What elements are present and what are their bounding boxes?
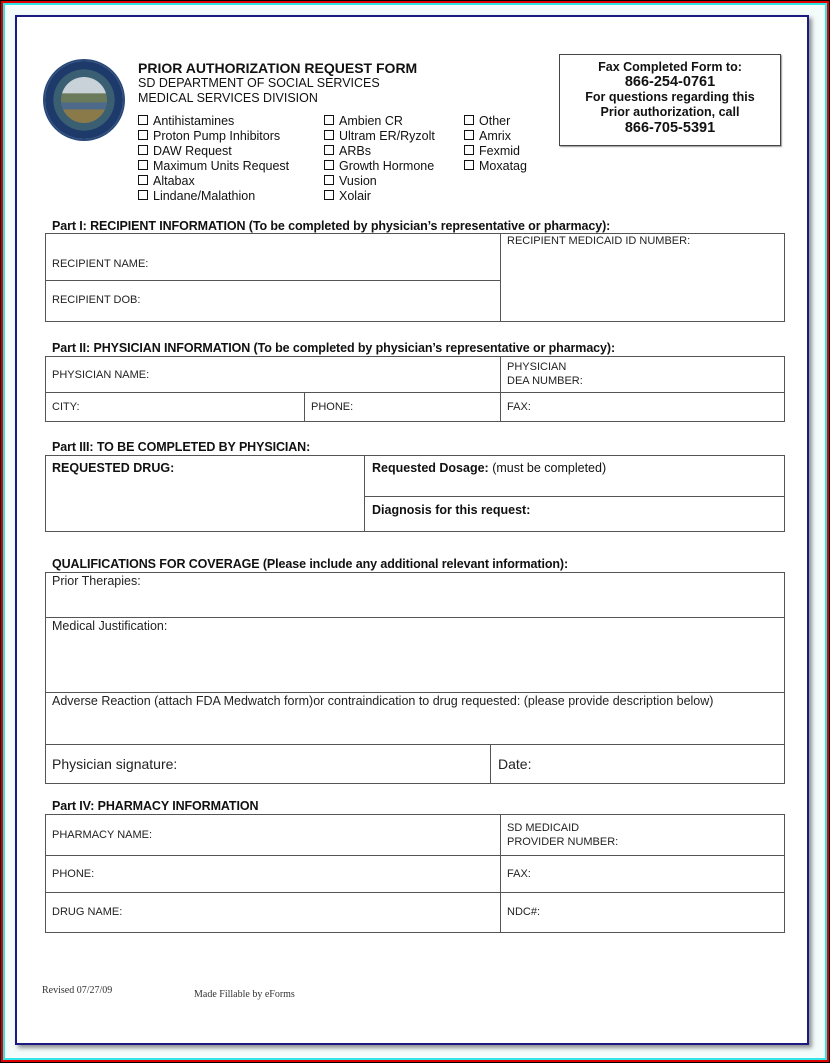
physician-signature-field[interactable]: Physician signature:: [45, 744, 491, 784]
physician-phone-label: PHONE:: [311, 401, 353, 413]
pharmacy-name-label: PHARMACY NAME:: [52, 829, 152, 841]
checkbox-column-1: Antihistamines Proton Pump Inhibitors DA…: [138, 114, 289, 204]
checkbox-growth-hormone[interactable]: Growth Hormone: [324, 159, 435, 174]
checkbox-column-3: Other Amrix Fexmid Moxatag: [464, 114, 527, 174]
pharmacy-fax-field[interactable]: FAX:: [500, 855, 785, 893]
provider-label-line2: PROVIDER NUMBER:: [507, 836, 618, 848]
requested-drug-label: REQUESTED DRUG:: [52, 461, 174, 475]
checkbox-moxatag[interactable]: Moxatag: [464, 159, 527, 174]
physician-name-field[interactable]: PHYSICIAN NAME:: [45, 356, 501, 393]
checkbox-amrix[interactable]: Amrix: [464, 129, 527, 144]
adverse-reaction-label: Adverse Reaction (attach FDA Medwatch fo…: [52, 694, 713, 708]
requested-drug-field[interactable]: REQUESTED DRUG:: [45, 455, 365, 532]
checkbox-daw-request[interactable]: DAW Request: [138, 144, 289, 159]
dea-label-line2: DEA NUMBER:: [507, 375, 583, 387]
checkbox-icon[interactable]: [138, 145, 148, 155]
part2-heading: Part II: PHYSICIAN INFORMATION (To be co…: [52, 341, 615, 355]
checkbox-icon[interactable]: [464, 115, 474, 125]
provider-label-line1: SD MEDICAID: [507, 822, 579, 834]
south-dakota-seal-icon: [45, 61, 123, 139]
checkbox-xolair[interactable]: Xolair: [324, 189, 435, 204]
checkbox-lindane-malathion[interactable]: Lindane/Malathion: [138, 189, 289, 204]
checkbox-icon[interactable]: [324, 190, 334, 200]
city-label: CITY:: [52, 401, 80, 413]
prior-therapies-label: Prior Therapies:: [52, 574, 141, 588]
physician-signature-label: Physician signature:: [52, 756, 177, 772]
checkbox-icon[interactable]: [138, 130, 148, 140]
part1-heading: Part I: RECIPIENT INFORMATION (To be com…: [52, 219, 610, 233]
ndc-label: NDC#:: [507, 906, 540, 918]
checkbox-icon[interactable]: [464, 130, 474, 140]
requested-dosage-field[interactable]: Requested Dosage: (must be completed): [364, 455, 785, 497]
physician-phone-field[interactable]: PHONE:: [304, 392, 501, 422]
fax-number: 866-254-0761: [560, 74, 780, 90]
diagnosis-field[interactable]: Diagnosis for this request:: [364, 496, 785, 532]
made-fillable-note: Made Fillable by eForms: [194, 989, 295, 1000]
checkbox-icon[interactable]: [324, 115, 334, 125]
part3-heading: Part III: TO BE COMPLETED BY PHYSICIAN:: [52, 440, 310, 454]
medicaid-id-field[interactable]: RECIPIENT MEDICAID ID NUMBER:: [500, 233, 785, 322]
physician-fax-field[interactable]: FAX:: [500, 392, 785, 422]
qualifications-heading: QUALIFICATIONS FOR COVERAGE (Please incl…: [52, 557, 568, 571]
checkbox-icon[interactable]: [324, 175, 334, 185]
physician-city-field[interactable]: CITY:: [45, 392, 305, 422]
checkbox-arbs[interactable]: ARBs: [324, 144, 435, 159]
division-name: MEDICAL SERVICES DIVISION: [138, 91, 318, 105]
checkbox-ultram-er-ryzolt[interactable]: Ultram ER/Ryzolt: [324, 129, 435, 144]
recipient-name-field[interactable]: RECIPIENT NAME:: [45, 233, 501, 281]
provider-number-field[interactable]: SD MEDICAID PROVIDER NUMBER:: [500, 814, 785, 856]
checkbox-ambien-cr[interactable]: Ambien CR: [324, 114, 435, 129]
checkbox-icon[interactable]: [464, 160, 474, 170]
checkbox-column-2: Ambien CR Ultram ER/Ryzolt ARBs Growth H…: [324, 114, 435, 204]
medicaid-id-label: RECIPIENT MEDICAID ID NUMBER:: [507, 235, 690, 247]
checkbox-icon[interactable]: [138, 175, 148, 185]
physician-dea-field[interactable]: PHYSICIAN DEA NUMBER:: [500, 356, 785, 393]
questions-line-1: For questions regarding this: [560, 90, 780, 105]
pharmacy-phone-label: PHONE:: [52, 868, 94, 880]
form-page: PRIOR AUTHORIZATION REQUEST FORM SD DEPA…: [15, 15, 809, 1045]
checkbox-altabax[interactable]: Altabax: [138, 174, 289, 189]
checkbox-icon[interactable]: [138, 115, 148, 125]
checkbox-icon[interactable]: [324, 130, 334, 140]
physician-name-label: PHYSICIAN NAME:: [52, 369, 149, 381]
checkbox-icon[interactable]: [138, 190, 148, 200]
recipient-name-label: RECIPIENT NAME:: [52, 258, 148, 270]
checkbox-icon[interactable]: [324, 160, 334, 170]
pharmacy-name-field[interactable]: PHARMACY NAME:: [45, 814, 501, 856]
part4-heading: Part IV: PHARMACY INFORMATION: [52, 799, 258, 813]
recipient-dob-label: RECIPIENT DOB:: [52, 294, 140, 306]
checkbox-vusion[interactable]: Vusion: [324, 174, 435, 189]
requested-dosage-note: (must be completed): [492, 461, 606, 475]
form-title: PRIOR AUTHORIZATION REQUEST FORM: [138, 60, 417, 76]
pharmacy-phone-field[interactable]: PHONE:: [45, 855, 501, 893]
physician-fax-label: FAX:: [507, 401, 531, 413]
checkbox-maximum-units-request[interactable]: Maximum Units Request: [138, 159, 289, 174]
checkbox-icon[interactable]: [138, 160, 148, 170]
signature-date-field[interactable]: Date:: [490, 744, 785, 784]
medical-justification-label: Medical Justification:: [52, 619, 167, 633]
drug-name-label: DRUG NAME:: [52, 906, 122, 918]
questions-line-2: Prior authorization, call: [560, 105, 780, 120]
requested-dosage-label: Requested Dosage: (must be completed): [372, 461, 606, 475]
ndc-field[interactable]: NDC#:: [500, 892, 785, 933]
checkbox-proton-pump-inhibitors[interactable]: Proton Pump Inhibitors: [138, 129, 289, 144]
drug-name-field[interactable]: DRUG NAME:: [45, 892, 501, 933]
medical-justification-field[interactable]: Medical Justification:: [45, 617, 785, 693]
checkbox-other[interactable]: Other: [464, 114, 527, 129]
pharmacy-fax-label: FAX:: [507, 868, 531, 880]
diagnosis-label: Diagnosis for this request:: [372, 503, 530, 517]
checkbox-fexmid[interactable]: Fexmid: [464, 144, 527, 159]
department-name: SD DEPARTMENT OF SOCIAL SERVICES: [138, 76, 380, 90]
checkbox-icon[interactable]: [464, 145, 474, 155]
questions-phone-number: 866-705-5391: [560, 120, 780, 136]
prior-therapies-field[interactable]: Prior Therapies:: [45, 572, 785, 618]
checkbox-icon[interactable]: [324, 145, 334, 155]
recipient-dob-field[interactable]: RECIPIENT DOB:: [45, 280, 501, 322]
adverse-reaction-field[interactable]: Adverse Reaction (attach FDA Medwatch fo…: [45, 692, 785, 745]
signature-date-label: Date:: [498, 756, 531, 772]
dea-label-line1: PHYSICIAN: [507, 361, 566, 373]
checkbox-antihistamines[interactable]: Antihistamines: [138, 114, 289, 129]
fax-instruction: Fax Completed Form to:: [560, 60, 780, 74]
revised-date: Revised 07/27/09: [42, 985, 112, 996]
fax-instructions-box: Fax Completed Form to: 866-254-0761 For …: [559, 54, 781, 146]
